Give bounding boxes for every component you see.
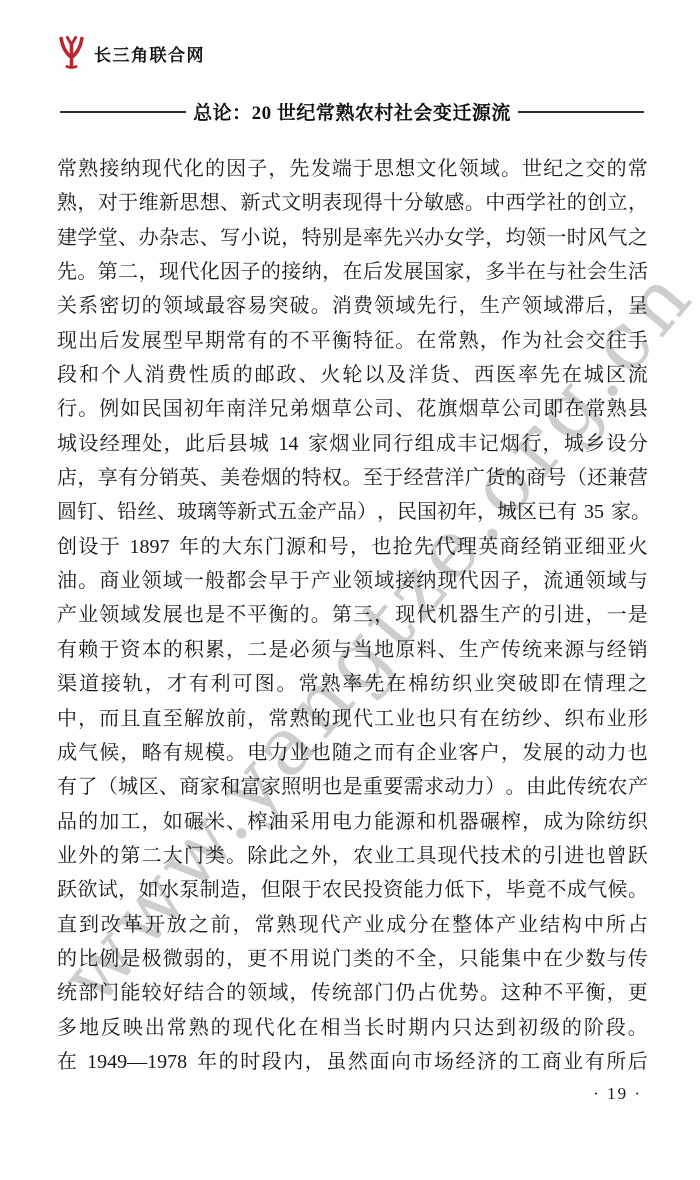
header-rule-left — [60, 111, 186, 113]
text-line: 段和个人消费性质的邮政、火轮以及洋货、西医率先在城区流 — [57, 358, 648, 392]
text-line: 油。商业领域一般都会早于产业领域接纳现代因子，流通领域与 — [57, 564, 648, 598]
text-line: 关系密切的领域最容易突破。消费领域先行，生产领域滞后，呈 — [57, 289, 648, 323]
chapter-title: 总论：20 世纪常熟农村社会变迁源流 — [186, 98, 518, 125]
text-line: 统部门能较好结合的领域，传统部门仍占优势。这种不平衡，更 — [57, 976, 648, 1010]
text-line: 有赖于资本的积累，二是必须与当地原料、生产传统来源与经销 — [57, 633, 648, 667]
text-line: 多地反映出常熟的现代化在相当长时期内只达到初级的阶段。 — [57, 1011, 648, 1045]
text-line: 业外的第二大门类。除此之外，农业工具现代技术的引进也曾跃 — [57, 839, 648, 873]
text-line: 熟，对于维新思想、新式文明表现得十分敏感。中西学社的创立， — [57, 186, 648, 220]
site-logo: 长三角联合网 — [58, 34, 205, 72]
text-line: 成气候，略有规模。电力业也随之而有企业客户，发展的动力也 — [57, 736, 648, 770]
text-line: 有了（城区、商家和富家照明也是重要需求动力）。由此传统农产 — [57, 770, 648, 804]
text-line: 行。例如民国初年南洋兄弟烟草公司、花旗烟草公司即在常熟县 — [57, 392, 648, 426]
text-line: 直到改革开放之前，常熟现代产业成分在整体产业结构中所占 — [57, 908, 648, 942]
book-page: 长三角联合网 总论：20 世纪常熟农村社会变迁源流 www.yangtze.or… — [0, 0, 700, 1180]
text-line: 产业领域发展也是不平衡的。第三，现代机器生产的引进，一是 — [57, 598, 648, 632]
text-line: 的比例是极微弱的，更不用说门类的不全，只能集中在少数与传 — [57, 942, 648, 976]
text-line: 跃欲试，如水泵制造，但限于农民投资能力低下，毕竟不成气候。 — [57, 873, 648, 907]
text-line: 常熟接纳现代化的因子，先发端于思想文化领域。世纪之交的常 — [57, 152, 648, 186]
page-number: · 19 · — [593, 1084, 642, 1104]
header-rule-right — [518, 111, 644, 113]
text-line: 渠道接轨，才有利可图。常熟率先在棉纺织业突破即在情理之 — [57, 667, 648, 701]
text-line: 店，享有分销英、美卷烟的特权。至于经营洋广货的商号（还兼营 — [57, 461, 648, 495]
text-line: 中，而且直至解放前，常熟的现代工业也只有在纺纱、织布业形 — [57, 702, 648, 736]
text-line: 现出后发展型早期常有的不平衡特征。在常熟，作为社会交往手 — [57, 324, 648, 358]
text-line: 创设于 1897 年的大东门源和号，也抢先代理英商经销亚细亚火 — [57, 530, 648, 564]
text-line: 先。第二，现代化因子的接纳，在后发展国家，多半在与社会生活 — [57, 255, 648, 289]
text-line: 在 1949—1978 年的时段内，虽然面向市场经济的工商业有所后 — [57, 1045, 648, 1079]
text-line: 城设经理处，此后县城 14 家烟业同行组成丰记烟行，城乡设分 — [57, 427, 648, 461]
text-line: 圆钉、铅丝、玻璃等新式五金产品），民国初年，城区已有 35 家。 — [57, 495, 648, 529]
text-line: 品的加工，如碾米、榨油采用电力能源和机器碾榨，成为除纺织 — [57, 805, 648, 839]
body-paragraph: 常熟接纳现代化的因子，先发端于思想文化领域。世纪之交的常熟，对于维新思想、新式文… — [57, 152, 648, 1079]
chapter-header: 总论：20 世纪常熟农村社会变迁源流 — [60, 98, 644, 125]
psi-flower-icon — [58, 34, 85, 72]
site-logo-text: 长三角联合网 — [94, 41, 205, 66]
text-line: 建学堂、办杂志、写小说，特别是率先兴办女学，均领一时风气之 — [57, 221, 648, 255]
